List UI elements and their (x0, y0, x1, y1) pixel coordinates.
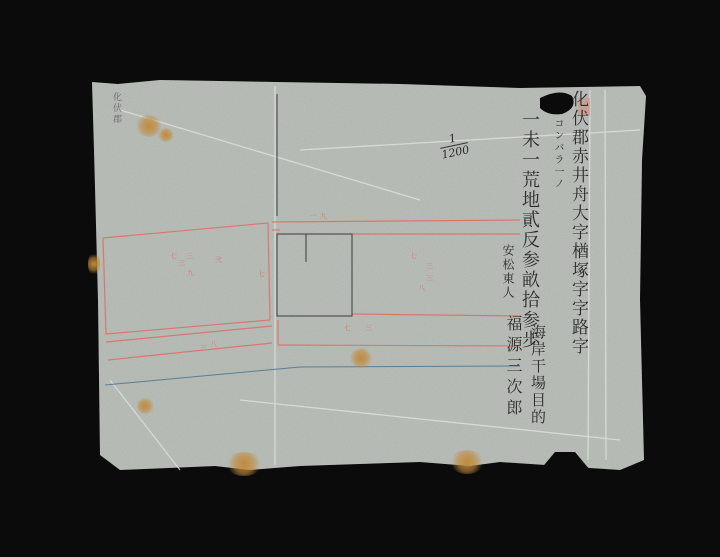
applicant-label: 安松東人 (500, 244, 517, 300)
svg-text:八: 八 (210, 340, 217, 348)
main-text-column-3: 海岸干場目的 (528, 324, 549, 426)
svg-text:八: 八 (418, 284, 425, 292)
svg-text:三: 三 (186, 252, 193, 260)
stain (88, 252, 100, 276)
svg-text:九: 九 (187, 268, 194, 277)
svg-text:三: 三 (200, 344, 207, 352)
main-text-kana: コンバラ一ノ (550, 118, 565, 190)
main-text-column-1: 化伏郡赤井舟大字楢塚字字路字 (566, 90, 591, 410)
applicant-name: 福源三次郎 (502, 315, 525, 420)
scale-annotation: 1 1200 (437, 129, 470, 161)
document-photo: 七三 三九 弐七 七三 三八 一九 七三 三八 (0, 0, 720, 557)
stain (158, 128, 174, 142)
stain (226, 452, 262, 476)
svg-text:七: 七 (410, 251, 417, 260)
margin-note: 化伏郡 (110, 92, 123, 125)
svg-text:七: 七 (170, 251, 177, 260)
svg-text:三: 三 (426, 262, 433, 270)
svg-text:三: 三 (365, 324, 372, 332)
svg-text:三: 三 (178, 259, 185, 267)
svg-text:一: 一 (310, 212, 317, 220)
svg-text:三: 三 (426, 274, 433, 282)
svg-text:七: 七 (344, 323, 351, 332)
stain (350, 348, 372, 368)
svg-text:七: 七 (258, 269, 265, 278)
stain (450, 450, 484, 474)
svg-text:九: 九 (320, 211, 327, 220)
stain (136, 398, 154, 414)
svg-text:弐: 弐 (215, 255, 222, 264)
